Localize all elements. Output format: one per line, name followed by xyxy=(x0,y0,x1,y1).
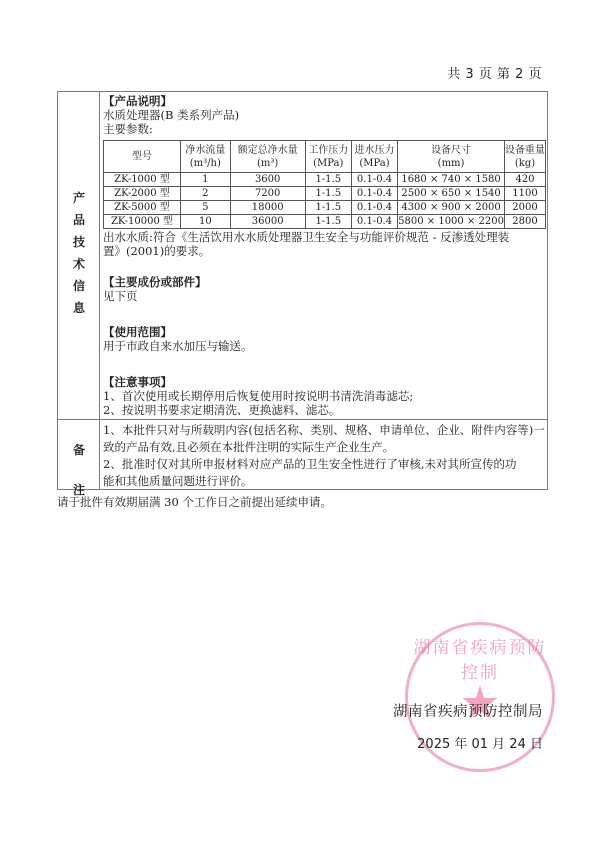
cell-dimensions: 4300 × 900 × 2000 xyxy=(398,201,505,215)
section-heading: 【产品说明】 xyxy=(103,94,239,108)
cell-weight: 2800 xyxy=(505,215,546,229)
column-header: 设备尺寸(mm) xyxy=(398,141,505,173)
table-row: ZK-5000 型 5 18000 1-1.5 0.1-0.4 4300 × 9… xyxy=(104,201,546,215)
water-quality-line: 出水水质:符合《生活饮用水水质处理器卫生安全与功能评价规范 - 反渗透处理装 xyxy=(103,230,509,244)
cell-flow: 2 xyxy=(180,187,230,201)
cell-weight: 1100 xyxy=(505,187,546,201)
column-header: 设备重量(kg) xyxy=(505,141,546,173)
cell-model: ZK-5000 型 xyxy=(104,201,181,215)
cell-dimensions: 2500 × 650 × 1540 xyxy=(398,187,505,201)
components-section: 【主要成份或部件】 见下页 xyxy=(103,275,207,303)
cell-model: ZK-2000 型 xyxy=(104,187,181,201)
label-char: 息 xyxy=(58,297,100,319)
precaution-item: 1、首次使用或长期停用后恢复使用时按说明书清洗消毒滤芯; xyxy=(103,389,413,403)
remarks-content: 1、本批件只对与所载明内容(包括名称、类别、规格、申请单位、企业、附件内容等)一… xyxy=(103,422,545,490)
remark-line: 致的产品有效,且必须在本批件注明的实际生产企业生产。 xyxy=(103,439,545,456)
cell-weight: 2000 xyxy=(505,201,546,215)
cell-model: ZK-10000 型 xyxy=(104,215,181,229)
section-heading: 【使用范围】 xyxy=(103,325,253,339)
remark-line: 1、本批件只对与所载明内容(包括名称、类别、规格、申请单位、企业、附件内容等)一 xyxy=(103,422,545,439)
cell-inlet-pressure: 0.1-0.4 xyxy=(351,187,397,201)
label-char: 备 xyxy=(58,430,100,470)
label-char: 信 xyxy=(58,275,100,297)
cell-total-volume: 7200 xyxy=(230,187,305,201)
cell-weight: 420 xyxy=(505,173,546,187)
approval-table: 产 品 技 术 信 息 备 注 【产品说明】 水质处理器(B 类系列产品) 主要… xyxy=(57,91,548,490)
column-header: 型号 xyxy=(104,141,181,173)
section-heading: 【注意事项】 xyxy=(103,375,413,389)
column-header: 净水流量(m³/h) xyxy=(180,141,230,173)
product-description: 【产品说明】 水质处理器(B 类系列产品) 主要参数: xyxy=(103,94,239,136)
water-quality: 出水水质:符合《生活饮用水水质处理器卫生安全与功能评价规范 - 反渗透处理装 置… xyxy=(103,230,509,258)
usage-scope-section: 【使用范围】 用于市政自来水加压与输送。 xyxy=(103,325,253,353)
cell-flow: 5 xyxy=(180,201,230,215)
cell-total-volume: 3600 xyxy=(230,173,305,187)
table-header-row: 型号 净水流量(m³/h) 额定总净水量(m³) 工作压力(MPa) 进水压力(… xyxy=(104,141,546,173)
remark-line: 2、批准时仅对其所申报材料对应产品的卫生安全性进行了审核,未对其所宣传的功 xyxy=(103,456,545,473)
water-quality-line: 置》(2001)的要求。 xyxy=(103,244,509,258)
label-char: 品 xyxy=(58,209,100,231)
issuing-authority: 湖南省疾病预防控制局 xyxy=(393,700,543,721)
column-header: 工作压力(MPa) xyxy=(305,141,351,173)
cell-dimensions: 5800 × 1000 × 2200 xyxy=(398,215,505,229)
table-row: ZK-1000 型 1 3600 1-1.5 0.1-0.4 1680 × 74… xyxy=(104,173,546,187)
precautions-section: 【注意事项】 1、首次使用或长期停用后恢复使用时按说明书清洗消毒滤芯; 2、按说… xyxy=(103,375,413,417)
cell-total-volume: 18000 xyxy=(230,201,305,215)
renewal-note: 请于批件有效期届满 30 个工作日之前提出延续申请。 xyxy=(57,494,332,510)
product-info-label: 产 品 技 术 信 息 xyxy=(58,187,100,319)
label-char: 产 xyxy=(58,187,100,209)
section-heading: 【主要成份或部件】 xyxy=(103,275,207,289)
usage-scope-text: 用于市政自来水加压与输送。 xyxy=(103,339,253,353)
cell-dimensions: 1680 × 740 × 1580 xyxy=(398,173,505,187)
cell-flow: 1 xyxy=(180,173,230,187)
cell-work-pressure: 1-1.5 xyxy=(305,187,351,201)
product-name: 水质处理器(B 类系列产品) xyxy=(103,108,239,122)
cell-model: ZK-1000 型 xyxy=(104,173,181,187)
column-header: 额定总净水量(m³) xyxy=(230,141,305,173)
label-char: 技 xyxy=(58,231,100,253)
cell-inlet-pressure: 0.1-0.4 xyxy=(351,201,397,215)
cell-flow: 10 xyxy=(180,215,230,229)
params-table: 型号 净水流量(m³/h) 额定总净水量(m³) 工作压力(MPa) 进水压力(… xyxy=(103,140,546,229)
components-text: 见下页 xyxy=(103,289,207,303)
params-title: 主要参数: xyxy=(103,122,239,136)
label-char: 术 xyxy=(58,253,100,275)
column-header: 进水压力(MPa) xyxy=(351,141,397,173)
cell-work-pressure: 1-1.5 xyxy=(305,173,351,187)
page-indicator: 共 3 页 第 2 页 xyxy=(447,63,542,82)
cell-total-volume: 36000 xyxy=(230,215,305,229)
table-row: ZK-2000 型 2 7200 1-1.5 0.1-0.4 2500 × 65… xyxy=(104,187,546,201)
remark-line: 能和其他质量问题进行评价。 xyxy=(103,473,545,490)
table-row: ZK-10000 型 10 36000 1-1.5 0.1-0.4 5800 ×… xyxy=(104,215,546,229)
cell-inlet-pressure: 0.1-0.4 xyxy=(351,173,397,187)
issue-date: 2025 年 01 月 24 日 xyxy=(417,733,543,752)
cell-inlet-pressure: 0.1-0.4 xyxy=(351,215,397,229)
cell-work-pressure: 1-1.5 xyxy=(305,215,351,229)
cell-work-pressure: 1-1.5 xyxy=(305,201,351,215)
precaution-item: 2、按说明书要求定期清洗、更换滤料、滤芯。 xyxy=(103,403,413,417)
section-divider xyxy=(58,419,547,420)
